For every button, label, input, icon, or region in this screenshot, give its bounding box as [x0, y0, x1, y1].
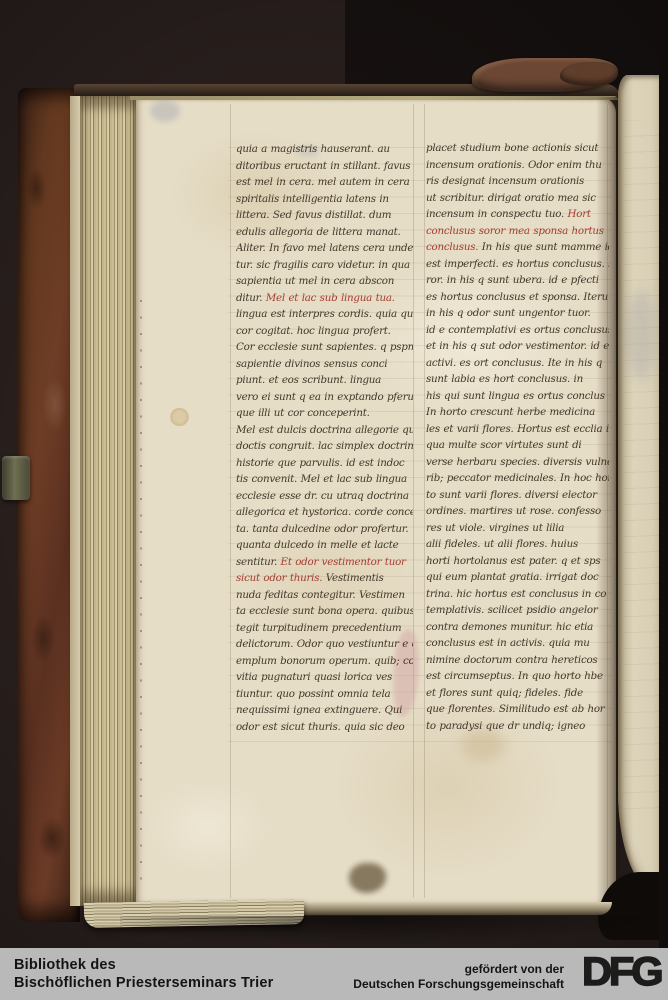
manuscript-line: spiritalis intelligentia latens in: [236, 191, 413, 208]
manuscript-photo: quia a magistris hauserant. auditoribus …: [0, 0, 668, 1000]
manuscript-line: activi. es ort conclusus. Ite in his q: [426, 355, 609, 372]
manuscript-line: tegit turpitudinem precedentium: [236, 620, 413, 637]
manuscript-line: doctis congruit. lac simplex doctrine: [236, 438, 413, 455]
fanned-page-edges: [80, 96, 138, 906]
manuscript-line: cor cogitat. hoc lingua profert.: [236, 323, 413, 340]
manuscript-line: vero ei sunt q ea in exptando pferunt: [236, 389, 413, 406]
ink-text: qui eum plantat gratia. irrigat doc: [426, 571, 599, 583]
ink-text: est mel in cera. mel autem in cera est: [236, 176, 413, 188]
rubric-text: sicut odor thuris.: [236, 572, 326, 584]
ink-text: que florentes. Similitudo est ab hor: [426, 703, 604, 715]
ink-text: in his q odor sunt ungentor tuor.: [426, 307, 591, 319]
ink-text: his qui sunt lingua es ortus conclus: [426, 390, 605, 402]
manuscript-line: in his q odor sunt ungentor tuor.: [426, 305, 609, 322]
facing-page-ruling: [622, 120, 662, 820]
manuscript-line: ris designat incensum orationis: [426, 173, 609, 190]
manuscript-line: sapientia ut mel in cera abscon: [236, 273, 413, 290]
text-column-left: quia a magistris hauserant. auditoribus …: [236, 141, 413, 738]
ink-text: conclusus est in activis. quia mu: [426, 637, 590, 649]
manuscript-line: historie que parvulis. id est indoc: [236, 455, 413, 472]
manuscript-line: tiuntur. quo possint omnia tela: [236, 686, 413, 703]
ruling-vertical: [413, 104, 414, 898]
ink-text: Aliter. In favo mel latens cera unde: [236, 242, 413, 254]
ink-text: nuda feditas contegitur. Vestimen: [236, 589, 405, 601]
manuscript-line: contra demones munitur. hic etia: [426, 619, 609, 636]
manuscript-line: ta. tanta dulcedine odor profertur.: [236, 521, 413, 538]
manuscript-line: littera. Sed favus distillat. dum: [236, 207, 413, 224]
library-name-line1: Bibliothek des: [14, 956, 273, 974]
manuscript-line: conclusus. In his que sunt mamme id: [426, 239, 609, 256]
ink-text: historie que parvulis. id est indoc: [236, 457, 404, 469]
text-column-right: placet studium bone actionis sicutincens…: [426, 140, 609, 739]
funding-credit-line1: gefördert von der: [353, 962, 564, 977]
ink-text: ordines. martires ut rose. confesso: [426, 505, 601, 517]
manuscript-line: verse herbaru species. diversis vulne: [426, 454, 609, 471]
manuscript-line: est circumseptus. In quo horto hbe: [426, 668, 609, 685]
ink-text: Mel est dulcis doctrina allegorie que: [236, 424, 413, 436]
manuscript-line: qui eum plantat gratia. irrigat doc: [426, 569, 609, 586]
manuscript-line: nuda feditas contegitur. Vestimen: [236, 587, 413, 604]
ink-text: to paradysi que dr undiq; igneo: [426, 720, 585, 732]
ink-text: horti hortolanus est pater. q et sps: [426, 555, 600, 567]
manuscript-line: et flores sunt quiq; fideles. fide: [426, 685, 609, 702]
ink-text: Vestimentis: [326, 572, 384, 584]
ink-text: littera. Sed favus distillat. dum: [236, 209, 391, 221]
ink-text: templativis. scilicet psidio angelor: [426, 604, 598, 616]
ink-text: et in his q sut odor vestimentor. id e: [426, 340, 609, 352]
ink-text: spiritalis intelligentia latens in: [236, 193, 389, 205]
manuscript-line: nequissimi ignea extinguere. Qui: [236, 702, 413, 719]
ink-text: que illi ut cor conceperint.: [236, 407, 370, 419]
manuscript-line: templativis. scilicet psidio angelor: [426, 602, 609, 619]
manuscript-line: piunt. et eos scribunt. lingua: [236, 372, 413, 389]
page-top-highlight: [130, 96, 618, 100]
ink-text: ditoribus eructant in stillant. favus: [236, 160, 410, 172]
rubric-text: conclusus.: [426, 241, 482, 253]
manuscript-line: quanta dulcedo in melle et lacte: [236, 537, 413, 554]
manuscript-line: Aliter. In favo mel latens cera unde: [236, 240, 413, 257]
ink-text: verse herbaru species. diversis vulne: [426, 456, 609, 468]
ink-text: In horto crescunt herbe medicina: [426, 406, 595, 418]
ink-text: ta. tanta dulcedine odor profertur.: [236, 523, 408, 535]
manuscript-line: est imperfecti. es hortus conclusus. so: [426, 256, 609, 273]
manuscript-line: qua multe scor virtutes sunt di: [426, 437, 609, 454]
ink-text: Cor ecclesie sunt sapientes. q pspm: [236, 341, 413, 353]
ink-text: piunt. et eos scribunt. lingua: [236, 374, 381, 386]
manuscript-line: Cor ecclesie sunt sapientes. q pspm: [236, 339, 413, 356]
ruling-vertical: [424, 104, 425, 898]
ink-text: res ut viole. virgines ut lilia: [426, 522, 564, 534]
manuscript-line: edulis allegoria de littera manat.: [236, 224, 413, 241]
ink-text: nequissimi ignea extinguere. Qui: [236, 704, 402, 716]
ink-text: est imperfecti. es hortus conclusus. so: [426, 258, 609, 270]
ink-text: cor cogitat. hoc lingua profert.: [236, 325, 391, 337]
manuscript-line: ecclesie esse dr. cu utraq doctrina: [236, 488, 413, 505]
manuscript-line: his qui sunt lingua es ortus conclus: [426, 388, 609, 405]
manuscript-line: que illi ut cor conceperint.: [236, 405, 413, 422]
manuscript-line: conclusus soror mea sponsa hortus: [426, 223, 609, 240]
manuscript-line: trina. hic hortus est conclusus in co: [426, 586, 609, 603]
facing-page-stain: [626, 290, 656, 380]
manuscript-line: sunt labia es hort conclusus. in: [426, 371, 609, 388]
manuscript-line: emplum bonorum operum. quib; contra: [236, 653, 413, 670]
ink-text: quanta dulcedo in melle et lacte: [236, 539, 398, 551]
torn-leather-flap-small: [560, 62, 618, 86]
ink-text: incensum in conspectu tuo.: [426, 208, 568, 220]
manuscript-line: nimine doctorum contra hereticos: [426, 652, 609, 669]
ink-text: ta ecclesie sunt bona opera. quibus: [236, 605, 413, 617]
ink-text: nimine doctorum contra hereticos: [426, 654, 597, 666]
ink-text: to sunt varii flores. diversi elector: [426, 489, 597, 501]
ink-text: placet studium bone actionis sicut: [426, 142, 598, 154]
ink-text: tegit turpitudinem precedentium: [236, 622, 401, 634]
ink-text: emplum bonorum operum. quib; contra: [236, 655, 413, 667]
ink-smudge: [150, 100, 180, 122]
manuscript-line: les et varii flores. Hortus est ecclia i: [426, 421, 609, 438]
ink-text: delictorum. Odor quo vestiuntur e ex: [236, 638, 413, 650]
ink-text: tur. sic fragilis caro videtur. in qua: [236, 259, 410, 271]
ink-text: ris designat incensum orationis: [426, 175, 584, 187]
ink-text: ror. in his q sunt ubera. id e pfecti: [426, 274, 599, 286]
manuscript-line: vitia pugnaturi quasi lorica ves: [236, 669, 413, 686]
dfg-logo: DFG: [582, 950, 660, 995]
rubric-text: Hort: [568, 208, 591, 220]
page-bottom-edge: [300, 902, 612, 915]
manuscript-line: et in his q sut odor vestimentor. id e: [426, 338, 609, 355]
ink-text: allegorica et hystorica. corde concep: [236, 506, 413, 518]
manuscript-line: conclusus est in activis. quia mu: [426, 635, 609, 652]
ink-text: qua multe scor virtutes sunt di: [426, 439, 581, 451]
ink-text: vitia pugnaturi quasi lorica ves: [236, 671, 392, 683]
manuscript-line: Mel est dulcis doctrina allegorie que: [236, 422, 413, 439]
ink-text: les et varii flores. Hortus est ecclia i: [426, 423, 609, 435]
library-name-line2: Bischöflichen Priesterseminars Trier: [14, 974, 273, 992]
manuscript-line: ordines. martires ut rose. confesso: [426, 503, 609, 520]
manuscript-line: horti hortolanus est pater. q et sps: [426, 553, 609, 570]
manuscript-line: que florentes. Similitudo est ab hor: [426, 701, 609, 718]
manuscript-line: allegorica et hystorica. corde concep: [236, 504, 413, 521]
ink-text: edulis allegoria de littera manat.: [236, 226, 401, 238]
manuscript-line: rib; peccator medicinales. In hoc hor: [426, 470, 609, 487]
manuscript-line: res ut viole. virgines ut lilia: [426, 520, 609, 537]
ink-text: lingua est interpres cordis. quia quod: [236, 308, 413, 320]
ink-text: In his que sunt mamme id: [482, 241, 609, 253]
manuscript-line: ut scribitur. dirigat oratio mea sic: [426, 190, 609, 207]
manuscript-line: tur. sic fragilis caro videtur. in qua: [236, 257, 413, 274]
backdrop-right-strip: [659, 0, 668, 948]
manuscript-line: ditoribus eructant in stillant. favus: [236, 158, 413, 175]
ink-text: sentitur.: [236, 556, 281, 568]
manuscript-line: tis convenit. Mel et lac sub lingua: [236, 471, 413, 488]
ink-text: est circumseptus. In quo horto hbe: [426, 670, 603, 682]
ink-text: activi. es ort conclusus. Ite in his q: [426, 357, 602, 369]
ink-text: ditur.: [236, 292, 266, 304]
ink-text: ecclesie esse dr. cu utraq doctrina: [236, 490, 409, 502]
ink-text: et flores sunt quiq; fideles. fide: [426, 687, 583, 699]
manuscript-line: es hortus conclusus et sponsa. Iteru: [426, 289, 609, 306]
rubric-text: Et odor vestimentor tuor: [281, 556, 406, 568]
ink-text: doctis congruit. lac simplex doctrine: [236, 440, 413, 452]
ink-text: es hortus conclusus et sponsa. Iteru: [426, 291, 608, 303]
caption-bar: Bibliothek des Bischöflichen Priestersem…: [0, 948, 668, 1000]
manuscript-line: to sunt varii flores. diversi elector: [426, 487, 609, 504]
manuscript-line: sentitur. Et odor vestimentor tuor: [236, 554, 413, 571]
ink-text: incensum orationis. Odor enim thu: [426, 159, 602, 171]
manuscript-line: odor est sicut thuris. quia sic deo: [236, 719, 413, 736]
manuscript-line: delictorum. Odor quo vestiuntur e ex: [236, 636, 413, 653]
ink-text: rib; peccator medicinales. In hoc hor: [426, 472, 609, 484]
manuscript-line: lingua est interpres cordis. quia quod: [236, 306, 413, 323]
manuscript-line: id e contemplativi es ortus conclusus: [426, 322, 609, 339]
ink-text: contra demones munitur. hic etia: [426, 621, 593, 633]
manuscript-line: to paradysi que dr undiq; igneo: [426, 718, 609, 735]
ink-text: trina. hic hortus est conclusus in co: [426, 588, 606, 600]
ruling-vertical: [230, 104, 231, 898]
gutter-shadow: [596, 97, 620, 908]
manuscript-line: In horto crescunt herbe medicina: [426, 404, 609, 421]
manuscript-line: ror. in his q sunt ubera. id e pfecti: [426, 272, 609, 289]
ink-text: ut scribitur. dirigat oratio mea sic: [426, 192, 596, 204]
rubric-text: conclusus soror mea sponsa hortus: [426, 225, 604, 237]
page-block-outer-edge: [70, 96, 80, 906]
round-stain: [170, 408, 189, 426]
ink-text: alii fideles. ut alii flores. huius: [426, 538, 578, 550]
ink-text: id e contemplativi es ortus conclusus: [426, 324, 609, 336]
ink-text: odor est sicut thuris. quia sic deo: [236, 721, 405, 733]
ink-text: sapientia ut mel in cera abscon: [236, 275, 394, 287]
ink-text: quia a magistris hauserant. au: [236, 143, 390, 155]
rubric-text: Mel et lac sub lingua tua.: [266, 292, 395, 304]
ink-text: sapientie divinos sensus conci: [236, 358, 387, 370]
library-name: Bibliothek des Bischöflichen Priestersem…: [14, 956, 273, 992]
manuscript-line: ditur. Mel et lac sub lingua tua.: [236, 290, 413, 307]
ink-text: tiuntur. quo possint omnia tela: [236, 688, 390, 700]
manuscript-line: quia a magistris hauserant. au: [236, 141, 413, 158]
manuscript-line: alii fideles. ut alii flores. huius: [426, 536, 609, 553]
manuscript-line: ta ecclesie sunt bona opera. quibus: [236, 603, 413, 620]
manuscript-line: est mel in cera. mel autem in cera est: [236, 174, 413, 191]
ink-text: tis convenit. Mel et lac sub lingua: [236, 473, 407, 485]
ink-text: sunt labia es hort conclusus. in: [426, 373, 583, 385]
funding-credit: gefördert von der Deutschen Forschungsge…: [353, 962, 564, 992]
manuscript-line: sicut odor thuris. Vestimentis: [236, 570, 413, 587]
prick-marks: [140, 300, 142, 880]
book-clasp: [2, 456, 30, 500]
funding-credit-line2: Deutschen Forschungsgemeinschaft: [353, 977, 564, 992]
book-bottom-shadow: [120, 916, 668, 946]
manuscript-line: placet studium bone actionis sicut: [426, 140, 609, 157]
manuscript-line: sapientie divinos sensus conci: [236, 356, 413, 373]
manuscript-line: incensum in conspectu tuo. Hort: [426, 206, 609, 223]
manuscript-line: incensum orationis. Odor enim thu: [426, 157, 609, 174]
ink-text: vero ei sunt q ea in exptando pferunt: [236, 391, 413, 403]
